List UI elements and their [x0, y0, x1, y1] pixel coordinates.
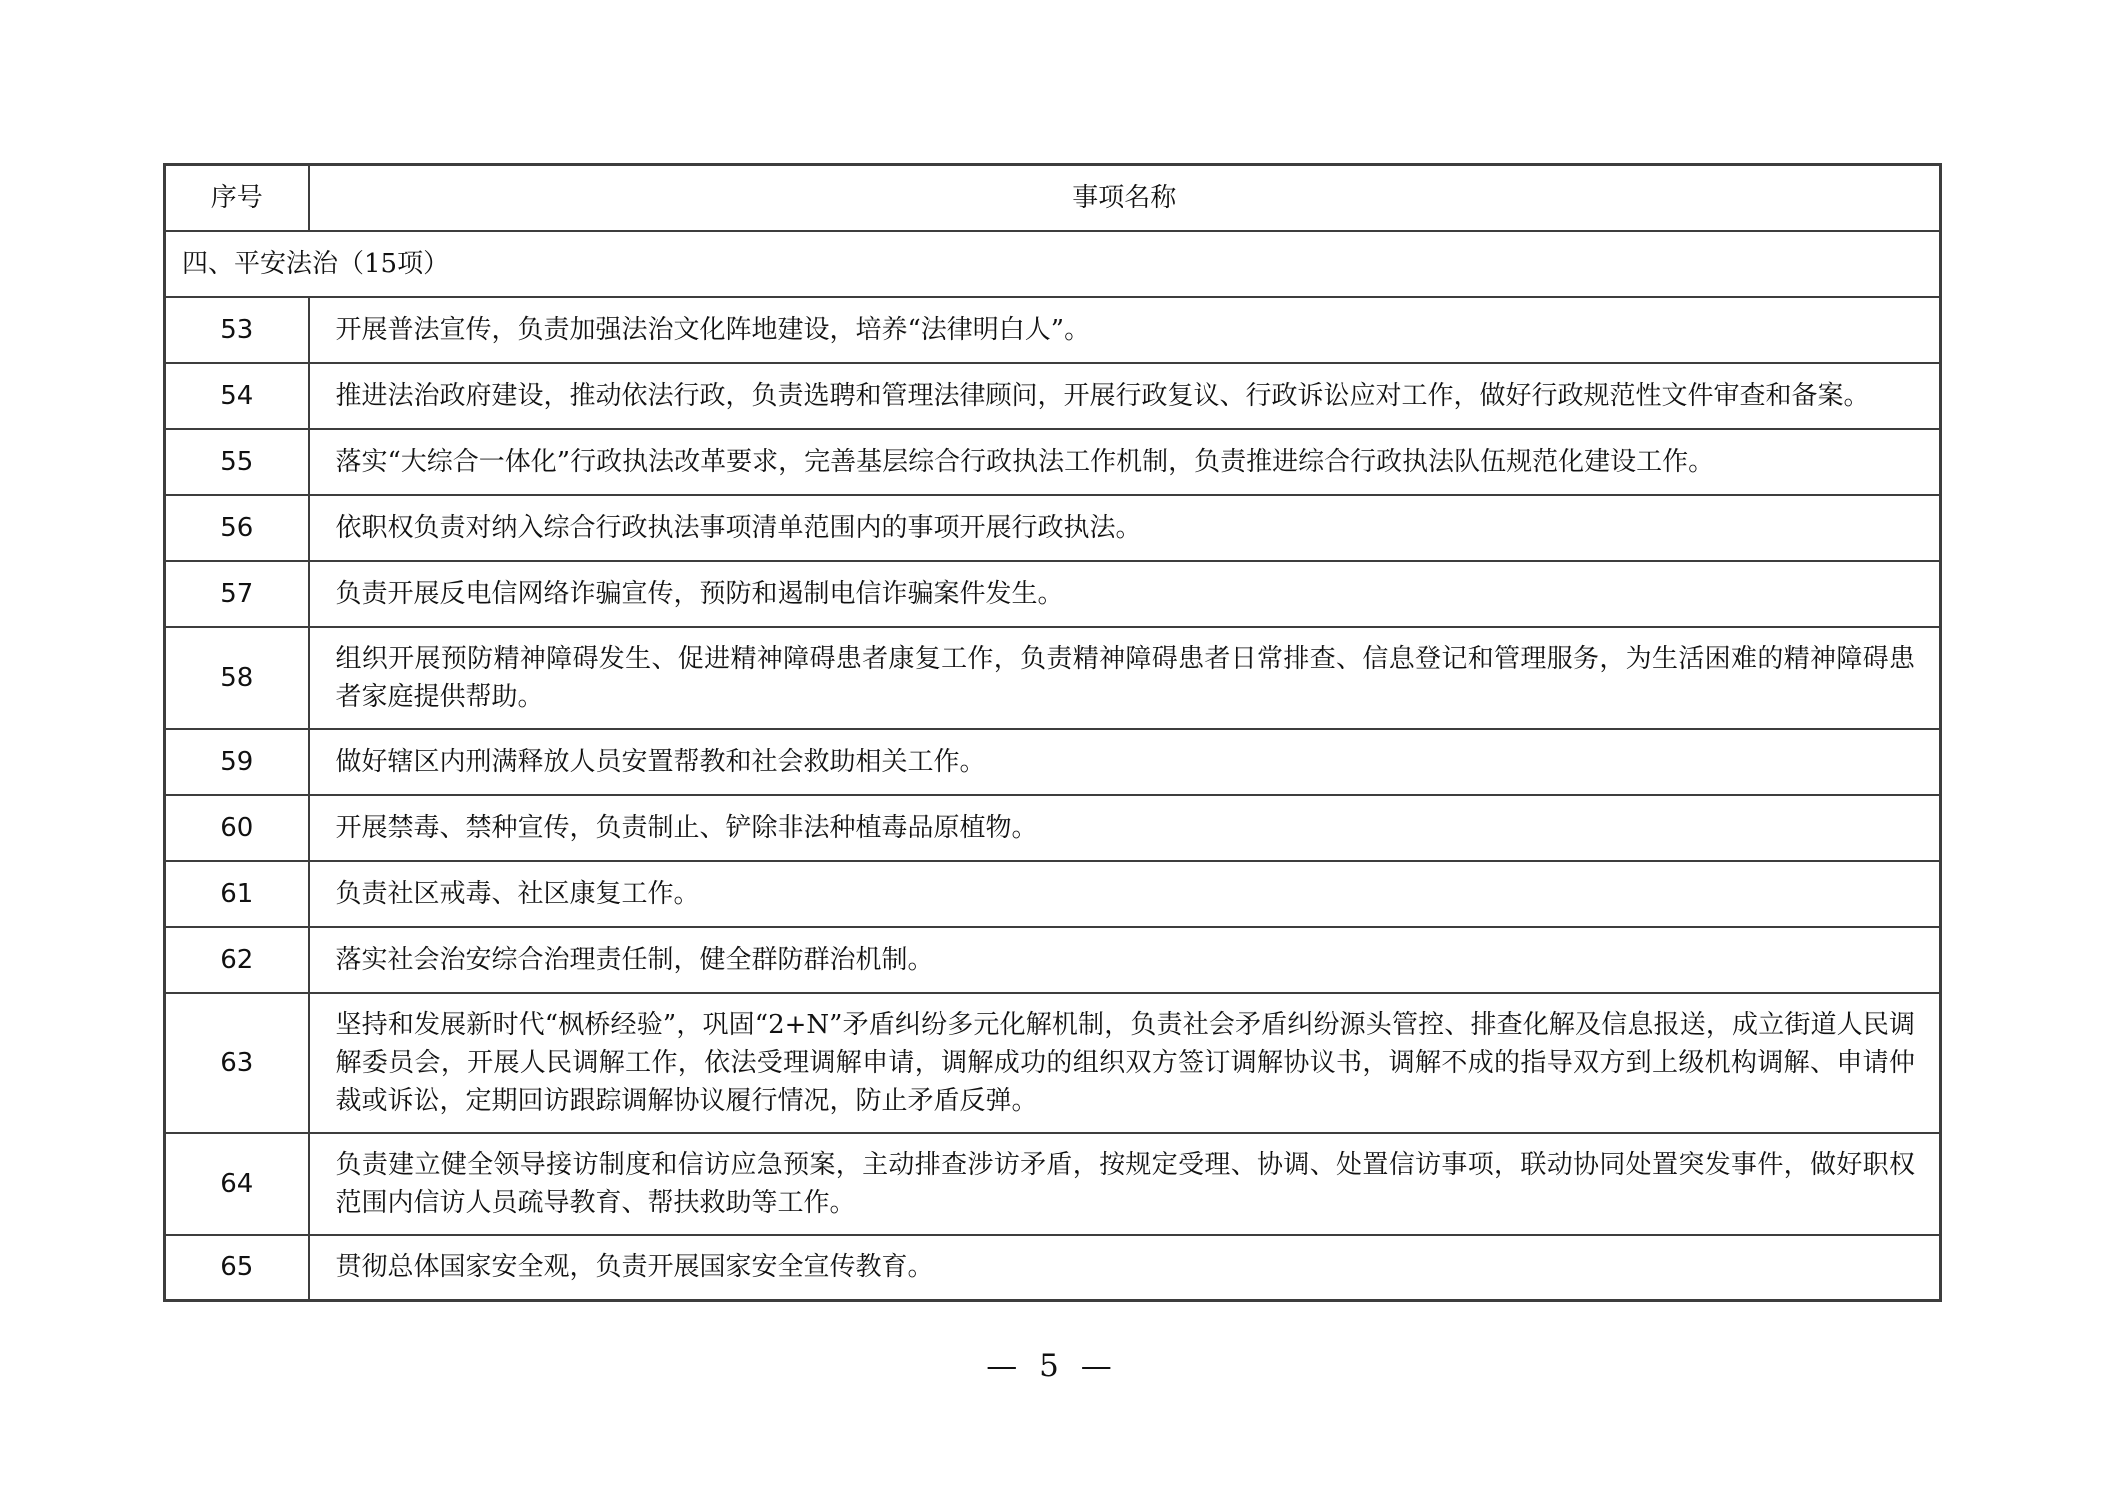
row-text: 贯彻总体国家安全观，负责开展国家安全宣传教育。: [309, 1235, 1941, 1301]
table-row: 65 贯彻总体国家安全观，负责开展国家安全宣传教育。: [165, 1235, 1941, 1301]
document-page: 序号 事项名称 四、平安法治（15项） 53 开展普法宣传，负责加强法治文化阵地…: [0, 0, 2104, 1488]
table-row: 64 负责建立健全领导接访制度和信访应急预案，主动排查涉访矛盾，按规定受理、协调…: [165, 1133, 1941, 1235]
header-col-name: 事项名称: [309, 165, 1941, 231]
table-row: 62 落实社会治安综合治理责任制，健全群防群治机制。: [165, 927, 1941, 993]
table-row: 59 做好辖区内刑满释放人员安置帮教和社会救助相关工作。: [165, 729, 1941, 795]
row-serial: 55: [165, 429, 309, 495]
row-serial: 58: [165, 627, 309, 729]
row-text: 开展禁毒、禁种宣传，负责制止、铲除非法种植毒品原植物。: [309, 795, 1941, 861]
table-row: 55 落实“大综合一体化”行政执法改革要求，完善基层综合行政执法工作机制，负责推…: [165, 429, 1941, 495]
row-text: 落实“大综合一体化”行政执法改革要求，完善基层综合行政执法工作机制，负责推进综合…: [309, 429, 1941, 495]
table-row: 53 开展普法宣传，负责加强法治文化阵地建设，培养“法律明白人”。: [165, 297, 1941, 363]
table-row: 57 负责开展反电信网络诈骗宣传，预防和遏制电信诈骗案件发生。: [165, 561, 1941, 627]
row-serial: 54: [165, 363, 309, 429]
row-text: 负责开展反电信网络诈骗宣传，预防和遏制电信诈骗案件发生。: [309, 561, 1941, 627]
header-row: 序号 事项名称: [165, 165, 1941, 231]
row-serial: 56: [165, 495, 309, 561]
row-text: 开展普法宣传，负责加强法治文化阵地建设，培养“法律明白人”。: [309, 297, 1941, 363]
row-serial: 64: [165, 1133, 309, 1235]
section-row: 四、平安法治（15项）: [165, 231, 1941, 297]
table-row: 63 坚持和发展新时代“枫桥经验”，巩固“2+N”矛盾纠纷多元化解机制，负责社会…: [165, 993, 1941, 1133]
row-text: 负责建立健全领导接访制度和信访应急预案，主动排查涉访矛盾，按规定受理、协调、处置…: [309, 1133, 1941, 1235]
row-text: 负责社区戒毒、社区康复工作。: [309, 861, 1941, 927]
row-text: 推进法治政府建设，推动依法行政，负责选聘和管理法律顾问，开展行政复议、行政诉讼应…: [309, 363, 1941, 429]
table-row: 54 推进法治政府建设，推动依法行政，负责选聘和管理法律顾问，开展行政复议、行政…: [165, 363, 1941, 429]
page-number: — 5 —: [0, 1348, 2104, 1384]
row-text: 依职权负责对纳入综合行政执法事项清单范围内的事项开展行政执法。: [309, 495, 1941, 561]
items-table: 序号 事项名称 四、平安法治（15项） 53 开展普法宣传，负责加强法治文化阵地…: [163, 163, 1942, 1302]
row-text: 坚持和发展新时代“枫桥经验”，巩固“2+N”矛盾纠纷多元化解机制，负责社会矛盾纠…: [309, 993, 1941, 1133]
table-row: 56 依职权负责对纳入综合行政执法事项清单范围内的事项开展行政执法。: [165, 495, 1941, 561]
row-text: 做好辖区内刑满释放人员安置帮教和社会救助相关工作。: [309, 729, 1941, 795]
section-title: 四、平安法治（15项）: [165, 231, 1941, 297]
row-serial: 57: [165, 561, 309, 627]
table-row: 61 负责社区戒毒、社区康复工作。: [165, 861, 1941, 927]
row-serial: 59: [165, 729, 309, 795]
row-serial: 53: [165, 297, 309, 363]
row-text: 落实社会治安综合治理责任制，健全群防群治机制。: [309, 927, 1941, 993]
row-serial: 65: [165, 1235, 309, 1301]
row-text: 组织开展预防精神障碍发生、促进精神障碍患者康复工作，负责精神障碍患者日常排查、信…: [309, 627, 1941, 729]
row-serial: 61: [165, 861, 309, 927]
table-row: 60 开展禁毒、禁种宣传，负责制止、铲除非法种植毒品原植物。: [165, 795, 1941, 861]
row-serial: 63: [165, 993, 309, 1133]
header-col-serial: 序号: [165, 165, 309, 231]
row-serial: 62: [165, 927, 309, 993]
table-row: 58 组织开展预防精神障碍发生、促进精神障碍患者康复工作，负责精神障碍患者日常排…: [165, 627, 1941, 729]
row-serial: 60: [165, 795, 309, 861]
